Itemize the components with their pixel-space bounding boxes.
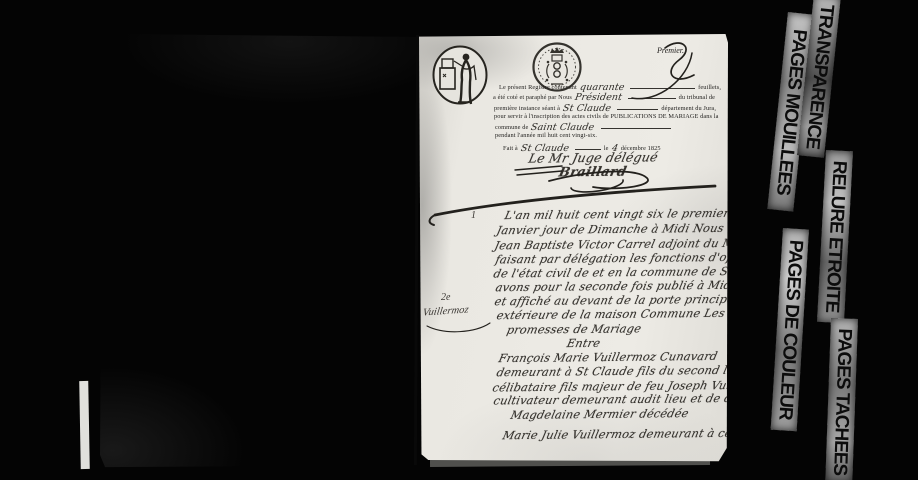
magistrate-title-handwritten: Le Mr Juge délégué [527,149,659,165]
premier-label: Premier. [657,46,684,55]
header-line-1-post: feuillets, [698,84,721,91]
act-body-line: promesses de Mariage [505,322,642,336]
margin-note-number: 2e [441,292,450,303]
revenue-stamp-icon [431,44,489,106]
blank-rule [630,84,695,89]
margin-name-note: Vuillermoz [422,304,469,318]
act-body-line: L'an mil huit cent vingt six le premier [503,207,730,222]
blank-rule [617,105,658,110]
act-body-line: et affiché au devant de la porte princip… [493,293,746,309]
condition-label-pages-de-couleur: PAGES DE COULEUR [771,228,809,431]
act-body-line: cultivateur demeurant audit lieu et de d… [492,392,771,408]
act-body-line: Janvier jour de Dimanche à Midi Nous [495,222,725,237]
margin-entry-number: 1 [471,210,476,221]
header-line-5-pre: commune de [495,124,528,131]
act-body-line: demeurant à St Claude fils du second lit [495,364,737,379]
register-header-line-6: pendant l'année mil huit cent vingt-six. [495,132,597,139]
condition-label-pages-tachees: PAGES TACHEES [825,318,858,480]
header-line-1-pre: Le présent Registre contenant [499,84,577,91]
register-page: Premier. Le présent Regis [419,34,728,463]
register-header-line-4: pour servir à l'inscription des actes ci… [494,113,719,120]
header-line-2-post: du tribunal de [679,94,715,101]
register-header-line-3: première instance séant à St Claude dépa… [494,102,716,113]
left-blank-page [100,33,416,468]
register-header-line-5: commune de Saint Claude [495,121,717,132]
condition-label-relure-etroite: RELURE ETROITE [817,150,853,323]
header-line-2-pre: a été coté et paraphé par Nous [493,94,572,101]
header-line-3-post: département du Jura, [661,105,716,112]
act-body-line: de l'état civil de et en la commune de S… [492,265,779,281]
act-body-line: faisant par délégation les fonctions d'o… [494,251,763,267]
under-page-edge [79,381,90,469]
act-body-line: Marie Julie Vuillermoz demeurant à ce [501,427,733,442]
act-body-line: avons pour la seconde fois publié à Midi [494,279,736,294]
register-header-line-2: a été coté et paraphé par Nous Président… [493,91,715,102]
act-body-line: Jean Baptiste Victor Carrel adjoint du M… [493,237,759,253]
magistrate-signature: Braillard [557,165,628,181]
date-line-pre: Fait à [503,145,518,152]
header-line-3-pre: première instance séant à [494,105,560,112]
blank-rule [601,124,671,129]
blank-rule [628,94,676,99]
page-smudge [100,33,416,468]
microfilm-scan: Premier. Le présent Regis [0,0,918,480]
act-body-line: extérieure de la maison Commune Les [495,307,726,322]
act-body-line: Entre [566,337,602,350]
act-body-line: François Marie Vuillermoz Cunavard [497,350,719,365]
act-body-line: Magdelaine Mermier décédée [509,407,690,422]
